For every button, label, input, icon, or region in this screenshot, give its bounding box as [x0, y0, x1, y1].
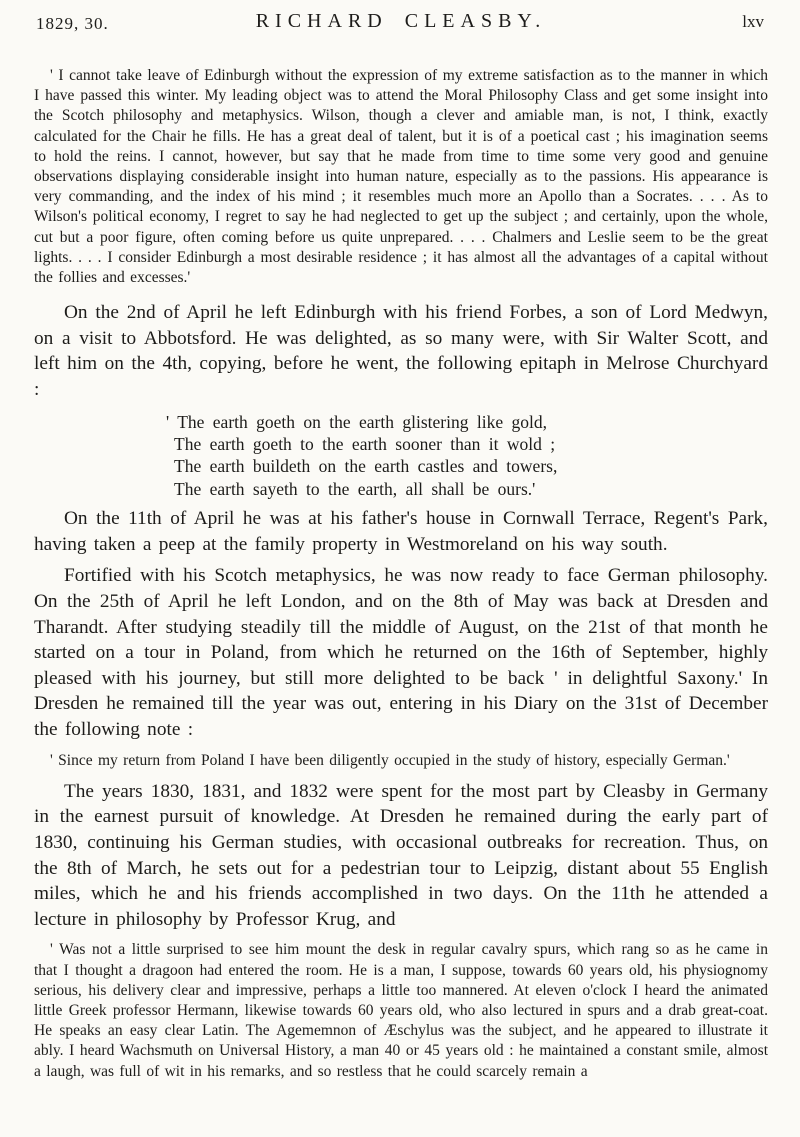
blockquote-krug-lecture: ' Was not a little surprised to see him …: [34, 940, 768, 1081]
paragraph-abbotsford-visit: On the 2nd of April he left Edinburgh wi…: [34, 300, 768, 402]
paragraph-german-philosophy: Fortified with his Scotch metaphysics, h…: [34, 563, 768, 742]
epitaph-verse: ' The earth goeth on the earth glisterin…: [166, 411, 768, 501]
book-page: 1829, 30. RICHARD CLEASBY. lxv ' I canno…: [0, 0, 800, 1137]
verse-line-2: The earth goeth to the earth sooner than…: [166, 433, 768, 455]
page-title: RICHARD CLEASBY.: [34, 10, 768, 33]
blockquote-diary-note: ' Since my return from Poland I have bee…: [34, 751, 768, 771]
verse-line-4: The earth sayeth to the earth, all shall…: [166, 478, 768, 500]
blockquote-edinburgh-letter: ' I cannot take leave of Edinburgh witho…: [34, 66, 768, 288]
paragraph-cornwall-terrace: On the 11th of April he was at his fathe…: [34, 506, 768, 557]
verse-line-1: ' The earth goeth on the earth glisterin…: [166, 411, 768, 433]
page-number: lxv: [742, 12, 764, 32]
paragraph-years-1830-1832: The years 1830, 1831, and 1832 were spen…: [34, 779, 768, 933]
verse-line-3: The earth buildeth on the earth castles …: [166, 455, 768, 477]
running-head: 1829, 30. RICHARD CLEASBY. lxv: [34, 10, 768, 40]
